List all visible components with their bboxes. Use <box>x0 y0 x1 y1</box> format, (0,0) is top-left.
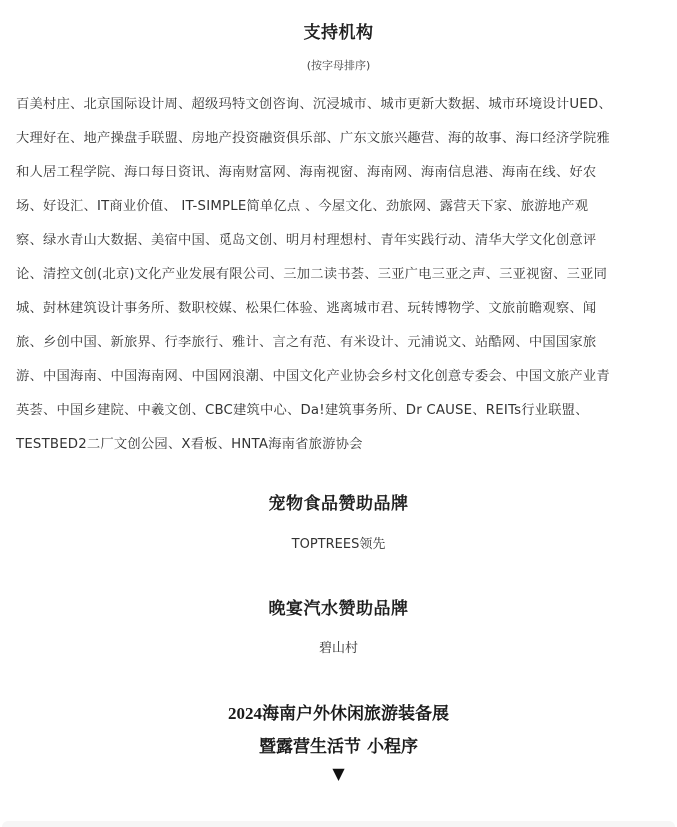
supporters-line: 英荟、中国乡建院、中羲文创、CBC建筑中心、Da!建筑事务所、Dr CAUSE、… <box>16 394 664 428</box>
pet-food-sponsor-title: 宠物食品赞助品牌 <box>0 489 677 514</box>
dinner-drink-sponsor-title: 晚宴汽水赞助品牌 <box>0 594 677 619</box>
promo-title-line-1: 2024海南户外休闲旅游装备展 <box>0 699 677 724</box>
promo-title-line-2: 暨露营生活节 小程序 <box>0 732 677 757</box>
supporters-title: 支持机构 <box>0 18 677 43</box>
supporters-line: 城、尌林建筑设计事务所、数职校媒、松果仁体验、逃离城市君、玩转博物学、文旅前瞻观… <box>16 292 664 326</box>
supporters-line: 察、绿水青山大数据、美宿中国、觅岛文创、明月村理想村、青年实践行动、清华大学文化… <box>16 224 664 258</box>
bottom-divider <box>2 821 675 827</box>
supporters-line: 游、中国海南、中国海南网、中国网浪潮、中国文化产业协会乡村文化创意专委会、中国文… <box>16 360 664 394</box>
supporters-line: 旅、乡创中国、新旅界、行李旅行、雅计、言之有范、有米设计、元浦说文、站酷网、中国… <box>16 326 664 360</box>
supporters-line: TESTBED2二厂文创公园、X看板、HNTA海南省旅游协会 <box>16 428 664 462</box>
promo-title-text: 海南户外休闲旅游装备展 <box>262 704 449 724</box>
supporters-line: 大理好在、地产操盘手联盟、房地产投资融资俱乐部、广东文旅兴趣营、海的故事、海口经… <box>16 122 664 156</box>
dinner-drink-sponsor-name: 碧山村 <box>0 637 677 656</box>
promo-year: 2024 <box>228 704 262 723</box>
supporters-line: 和人居工程学院、海口每日资讯、海南财富网、海南视窗、海南网、海南信息港、海南在线… <box>16 156 664 190</box>
down-arrow-icon: ▼ <box>0 764 677 783</box>
supporters-subtitle: (按字母排序) <box>0 57 677 73</box>
supporters-line: 百美村庄、北京国际设计周、超级玛特文创咨询、沉浸城市、城市更新大数据、城市环境设… <box>16 88 664 122</box>
supporters-line: 场、好设汇、IT商业价值、 IT-SIMPLE简单亿点 、今屋文化、劲旅网、露营… <box>16 190 664 224</box>
supporters-list: 百美村庄、北京国际设计周、超级玛特文创咨询、沉浸城市、城市更新大数据、城市环境设… <box>16 88 664 462</box>
pet-food-sponsor-name: TOPTREES领先 <box>0 533 677 552</box>
supporters-line: 论、清控文创(北京)文化产业发展有限公司、三加二读书荟、三亚广电三亚之声、三亚视… <box>16 258 664 292</box>
